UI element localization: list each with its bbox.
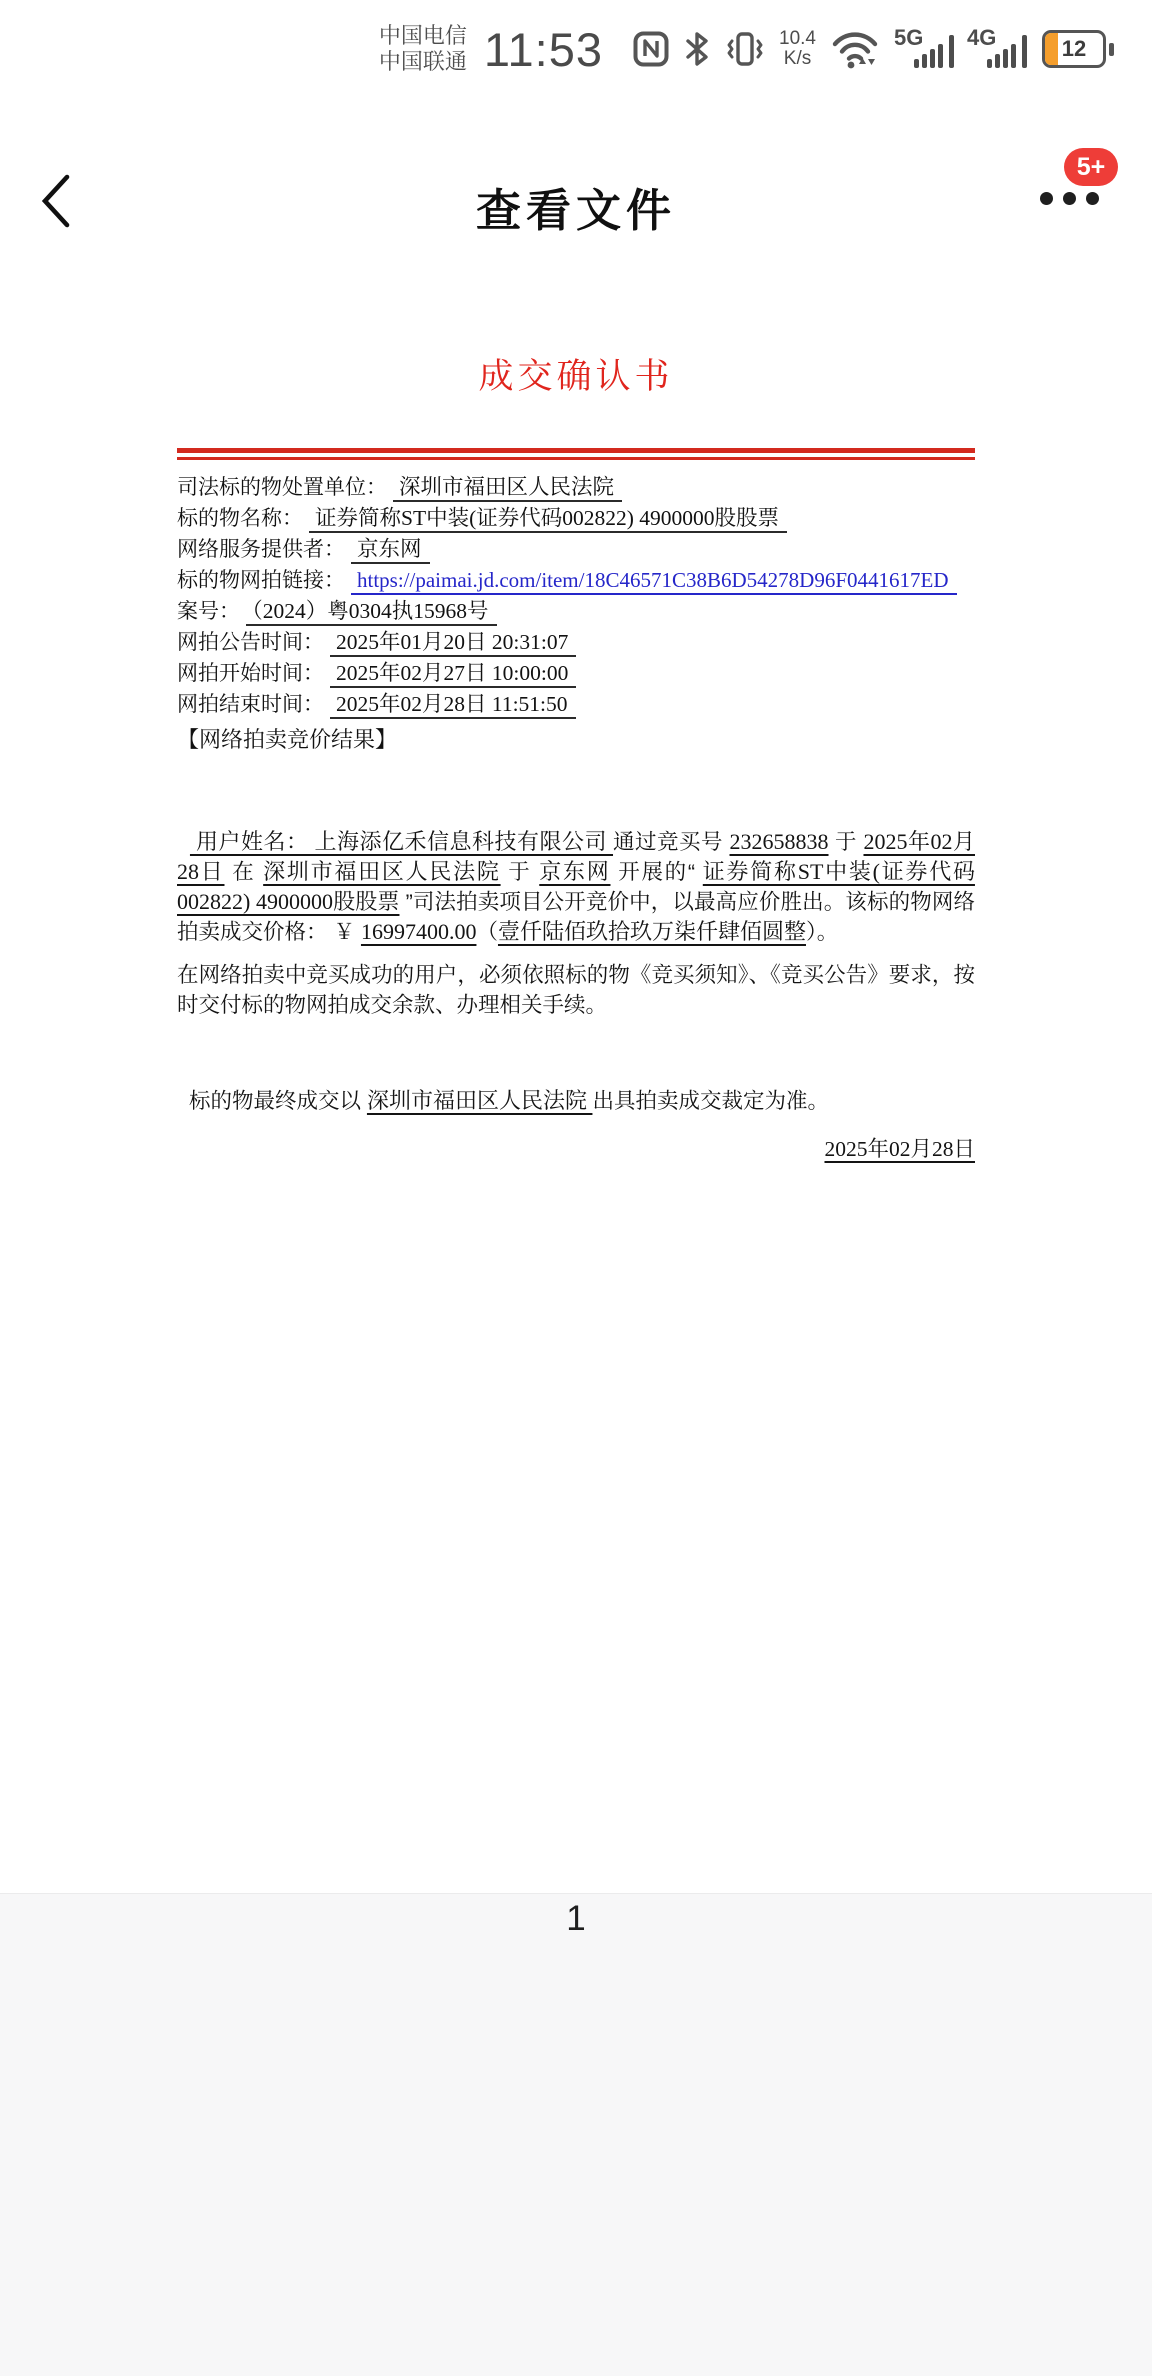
paragraph-segment: 16997400.00 (361, 919, 477, 944)
field-label: 案号： (177, 600, 240, 623)
signal-5g-bars (914, 35, 954, 68)
carrier-names: 中国电信 中国联通 (379, 23, 467, 75)
paragraph-segment: ）。 (806, 920, 838, 944)
page-title: 查看文件 (0, 174, 1152, 239)
field-label: 网拍公告时间： (177, 631, 324, 654)
field-label: 标的物名称： (177, 507, 303, 530)
document-date: 2025年02月28日 (177, 1134, 975, 1164)
notice-paragraph: 在网络拍卖中竞买成功的用户，必须依照标的物《竞买须知》、《竞买公告》要求，按时交… (177, 960, 975, 1020)
battery-percent: 12 (1062, 36, 1086, 62)
bluetooth-icon (683, 30, 711, 68)
document-page: 成交确认书 司法标的物处置单位：深圳市福田区人民法院 标的物名称：证券简称ST中… (177, 250, 975, 1164)
paragraph-segment: 通过竞买号 (613, 830, 730, 854)
field-row: 司法标的物处置单位：深圳市福田区人民法院 (177, 472, 975, 503)
field-value: 证券简称ST中装(证券代码002822) 4900000股股票 (309, 506, 787, 533)
wifi-icon (829, 28, 881, 70)
field-value: 深圳市福田区人民法院 (393, 475, 622, 502)
field-label: 标的物网拍链接： (177, 569, 345, 592)
more-menu-button[interactable] (1040, 192, 1099, 205)
menu-wrap: 5+ (1040, 184, 1114, 234)
field-value: 京东网 (351, 537, 430, 564)
document-title: 成交确认书 (177, 356, 975, 398)
field-row: 网络服务提供者：京东网 (177, 534, 975, 565)
nfc-icon (632, 30, 670, 68)
field-row: 标的物名称：证券简称ST中装(证券代码002822) 4900000股股票 (177, 503, 975, 534)
field-value: 2025年01月20日 20:31:07 (330, 630, 576, 657)
field-row: 网拍开始时间：2025年02月27日 10:00:00 (177, 658, 975, 689)
field-value: 2025年02月28日 11:51:50 (330, 692, 576, 719)
carrier-line1: 中国电信 (379, 23, 467, 49)
field-row: 网拍公告时间：2025年01月20日 20:31:07 (177, 627, 975, 658)
paragraph-segment: （ (476, 920, 498, 944)
field-row: 案号：（2024）粤0304执15968号 (177, 596, 975, 627)
field-label: 网拍开始时间： (177, 662, 324, 685)
paragraph-segment: 用户姓名： 上海添亿禾信息科技有限公司 (190, 829, 613, 854)
network-speed-unit: K/s (779, 49, 816, 69)
paragraph-segment: 深圳市福田区人民法院 (263, 859, 500, 884)
app-bar: 查看文件 5+ (0, 150, 1152, 254)
signal-4g-icon: 4G (967, 27, 1027, 71)
battery-nub (1109, 43, 1114, 56)
auction-link[interactable]: https://paimai.jd.com/item/18C46571C38B6… (351, 568, 957, 595)
paragraph-segment: 出具拍卖成交裁定为准。 (592, 1089, 829, 1113)
document-fields: 司法标的物处置单位：深圳市福田区人民法院 标的物名称：证券简称ST中装(证券代码… (177, 472, 975, 720)
page-number: 1 (0, 1897, 1152, 1941)
network-speed: 10.4 K/s (779, 29, 816, 69)
field-label: 网拍结束时间： (177, 693, 324, 716)
status-bar: 中国电信 中国联通 11:53 10.4 K/s (0, 18, 1114, 80)
vibrate-icon (724, 30, 766, 68)
paragraph-segment: 壹仟陆佰玖拾玖万柒仟肆佰圆整 (498, 919, 806, 944)
paragraph-segment: 于 (501, 860, 540, 884)
paragraph-segment: 深圳市福田区人民法院 (367, 1088, 593, 1113)
double-red-rule (177, 448, 975, 460)
network-speed-value: 10.4 (779, 29, 816, 49)
paragraph-segment: 于 (829, 830, 864, 854)
field-value: 2025年02月27日 10:00:00 (330, 661, 576, 688)
result-heading: 【网络拍卖竞价结果】 (177, 724, 975, 755)
field-row: 网拍结束时间：2025年02月28日 11:51:50 (177, 689, 975, 720)
paragraph-segment: 在 (224, 860, 263, 884)
carrier-line2: 中国联通 (379, 49, 467, 75)
battery-fill (1045, 33, 1058, 65)
field-row: 标的物网拍链接：https://paimai.jd.com/item/18C46… (177, 565, 975, 596)
signal-4g-bars (987, 35, 1027, 68)
paragraph-segment: 京东网 (539, 859, 610, 884)
viewer-background: 1 (0, 1893, 1152, 2376)
notification-badge: 5+ (1064, 148, 1118, 186)
final-paragraph: 标的物最终成交以 深圳市福田区人民法院 出具拍卖成交裁定为准。 (177, 1026, 975, 1116)
paragraph-segment: 232658838 (730, 829, 829, 854)
field-label: 网络服务提供者： (177, 538, 345, 561)
paragraph-segment: 标的物最终成交以 (189, 1089, 367, 1113)
field-label: 司法标的物处置单位： (177, 476, 387, 499)
field-value: （2024）粤0304执15968号 (246, 599, 497, 626)
signal-5g-icon: 5G (894, 27, 954, 71)
paragraph-segment: 开展的“ (610, 860, 702, 884)
result-paragraph: 用户姓名： 上海添亿禾信息科技有限公司 通过竞买号 232658838 于 20… (177, 767, 975, 947)
battery-icon: 12 (1042, 30, 1114, 68)
status-clock: 11:53 (484, 26, 603, 73)
